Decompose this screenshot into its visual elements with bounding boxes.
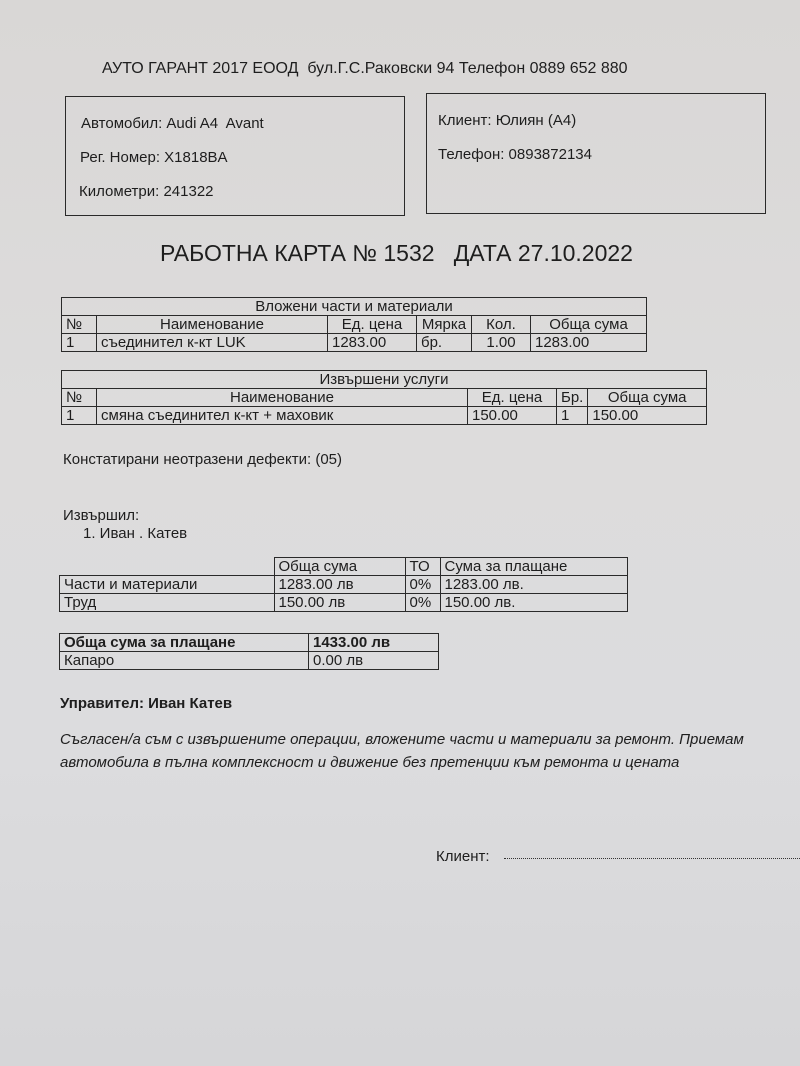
parts-header-name: Наименование [97, 316, 328, 334]
services-cell-no: 1 [62, 407, 97, 425]
table-row: 1 съединител к-кт LUK 1283.00 бр. 1.00 1… [62, 334, 647, 352]
vehicle-model: Автомобил: Audi A4 Avant [81, 115, 264, 132]
unreported-defects: Констатирани неотразени дефекти: (05) [63, 451, 342, 468]
parts-header-no: № [62, 316, 97, 334]
parts-cell-name: съединител к-кт LUK [97, 334, 328, 352]
summary-cell-payable: 150.00 лв. [440, 594, 628, 612]
vehicle-info-box: Автомобил: Audi A4 Avant Рег. Номер: X18… [65, 96, 405, 216]
parts-header-total: Обща сума [531, 316, 647, 334]
services-cell-unit-price: 150.00 [468, 407, 557, 425]
summary-header-total: Обща сума [274, 558, 405, 576]
services-table: Извършени услуги № Наименование Ед. цена… [61, 370, 707, 425]
parts-table: Вложени части и материали № Наименование… [61, 297, 647, 352]
deposit-label: Капаро [60, 652, 309, 670]
summary-table: Обща сума ТО Сума за плащане Части и мат… [59, 557, 628, 612]
summary-cell-total: 150.00 лв [274, 594, 405, 612]
services-header-name: Наименование [97, 389, 468, 407]
services-header-count: Бр. [557, 389, 588, 407]
parts-cell-qty: 1.00 [472, 334, 531, 352]
summary-header-payable: Сума за плащане [440, 558, 628, 576]
summary-cell-total: 1283.00 лв [274, 576, 405, 594]
parts-header-unit: Мярка [417, 316, 472, 334]
client-signature-label: Клиент: [436, 848, 490, 865]
total-payable-label: Обща сума за плащане [60, 634, 309, 652]
parts-cell-total: 1283.00 [531, 334, 647, 352]
vehicle-kilometers: Километри: 241322 [79, 183, 214, 200]
total-payable-table: Обща сума за плащане 1433.00 лв Капаро 0… [59, 633, 439, 670]
table-row: Части и материали 1283.00 лв 0% 1283.00 … [60, 576, 628, 594]
performed-by-item: 1. Иван . Катев [83, 525, 187, 542]
services-table-caption: Извършени услуги [62, 371, 707, 389]
summary-cell-payable: 1283.00 лв. [440, 576, 628, 594]
manager-line: Управител: Иван Катев [60, 695, 232, 712]
table-row: 1 смяна съединител к-кт + маховик 150.00… [62, 407, 707, 425]
client-info-box: Клиент: Юлиян (А4) Телефон: 0893872134 [426, 93, 766, 214]
agreement-text: Съгласен/а съм с извършените операции, в… [60, 728, 780, 774]
services-header-no: № [62, 389, 97, 407]
table-row: Труд 150.00 лв 0% 150.00 лв. [60, 594, 628, 612]
summary-header-blank [60, 558, 275, 576]
client-signature-line [504, 857, 800, 859]
summary-cell-label: Труд [60, 594, 275, 612]
summary-cell-label: Части и материали [60, 576, 275, 594]
client-name: Клиент: Юлиян (А4) [438, 112, 576, 129]
deposit-value: 0.00 лв [309, 652, 439, 670]
vehicle-reg-number: Рег. Номер: X1818BA [80, 149, 228, 166]
parts-cell-unit: бр. [417, 334, 472, 352]
parts-cell-no: 1 [62, 334, 97, 352]
summary-cell-vat: 0% [405, 594, 440, 612]
work-card-title: РАБОТНА КАРТА № 1532 ДАТА 27.10.2022 [160, 240, 633, 267]
parts-cell-unit-price: 1283.00 [328, 334, 417, 352]
company-header: АУТО ГАРАНТ 2017 ЕООД бул.Г.С.Раковски 9… [102, 60, 628, 78]
parts-header-unit-price: Ед. цена [328, 316, 417, 334]
summary-header-vat: ТО [405, 558, 440, 576]
parts-table-caption: Вложени части и материали [62, 298, 647, 316]
services-cell-total: 150.00 [588, 407, 707, 425]
summary-cell-vat: 0% [405, 576, 440, 594]
parts-header-qty: Кол. [472, 316, 531, 334]
services-cell-name: смяна съединител к-кт + маховик [97, 407, 468, 425]
services-header-unit-price: Ед. цена [468, 389, 557, 407]
client-phone: Телефон: 0893872134 [438, 146, 592, 163]
performed-by-label: Извършил: [63, 507, 139, 524]
services-header-total: Обща сума [588, 389, 707, 407]
services-cell-count: 1 [557, 407, 588, 425]
total-payable-value: 1433.00 лв [309, 634, 439, 652]
